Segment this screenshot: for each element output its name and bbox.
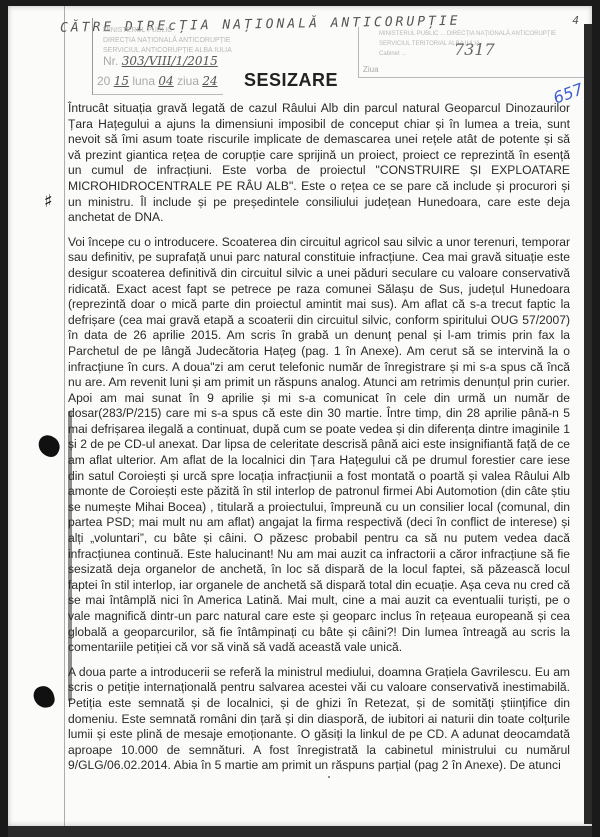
date-year: 15 bbox=[114, 74, 129, 88]
date-month: 04 bbox=[158, 74, 173, 88]
stamp-day-label: Ziua bbox=[363, 65, 379, 75]
scan-bottom-edge bbox=[8, 826, 592, 837]
registration-stamp-right: MINISTERUL PUBLIC ... DIRECȚIA NAȚIONALĂ… bbox=[358, 27, 584, 78]
stamp-line: DIRECȚIA NAȚIONALĂ ANTICORUPȚIE bbox=[93, 36, 223, 46]
paragraph: Întrucât situația gravă legată de cazul … bbox=[68, 101, 570, 226]
ink-blot bbox=[35, 432, 63, 459]
scan-edge bbox=[584, 24, 592, 824]
stamp-handwritten-number: 7317 bbox=[454, 45, 495, 55]
ink-blot bbox=[31, 684, 56, 710]
date-prefix: 20 bbox=[97, 74, 110, 88]
handwritten-corner-mark: 4 bbox=[572, 14, 582, 27]
date-day: 24 bbox=[202, 74, 217, 88]
stamp-nr-label: Nr. bbox=[103, 54, 118, 68]
registration-stamp-left: MINISTERUL PUBLIC DIRECȚIA NAȚIONALĂ ANT… bbox=[92, 18, 223, 95]
stamp-line: MINISTERUL PUBLIC ... DIRECȚIA NAȚIONALĂ… bbox=[359, 29, 584, 39]
paragraph: A doua parte a introducerii se referă la… bbox=[68, 665, 570, 774]
document-title: SESIZARE bbox=[244, 70, 338, 91]
document-body: Întrucât situația gravă legată de cazul … bbox=[68, 101, 570, 783]
stamp-date: 20 15 luna 04 ziua 24 bbox=[97, 76, 218, 86]
date-day-label: ziua bbox=[177, 74, 199, 88]
stamp-number: Nr. 303/VIII/1/2015 bbox=[103, 56, 218, 66]
margin-scribble: ♯ bbox=[44, 191, 53, 212]
stamp-nr-value: 303/VIII/1/2015 bbox=[122, 54, 218, 68]
scanned-page: CĂTRE DIREcȚIA NAȚIONALĂ ANTICORUPȚIE 4 … bbox=[8, 6, 592, 826]
fold-line bbox=[64, 6, 65, 826]
date-month-label: luna bbox=[132, 74, 155, 88]
stamp-line: MINISTERUL PUBLIC bbox=[93, 26, 223, 36]
scan-speck bbox=[328, 776, 330, 778]
paragraph: Voi începe cu o introducere. Scoaterea d… bbox=[68, 235, 570, 656]
